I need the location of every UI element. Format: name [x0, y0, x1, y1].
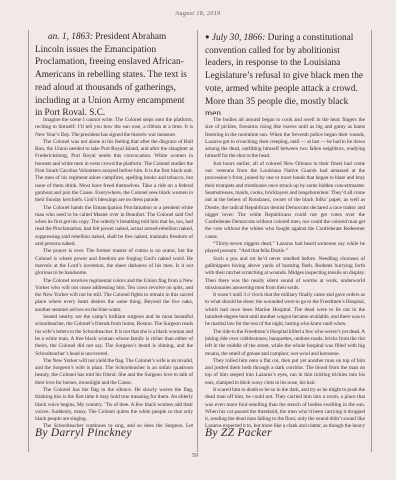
story-paragraph: Just hours earlier, all of colored New O… [205, 161, 365, 241]
issue-date: August 18, 2019 [0, 11, 396, 17]
story-paragraph: The Colonel has the flag in the silence.… [35, 387, 193, 423]
byline-packer: By ZZ Packer [205, 427, 272, 439]
left-column: an. 1, 1863: President Abraham Lincoln i… [35, 31, 193, 455]
story-paragraph: It scared him to death to be so in the d… [205, 387, 365, 429]
story-paragraph: The Colonel hands the Emancipation Procl… [35, 205, 193, 249]
story-paragraph: Such a pus and rot he’d never smelled be… [205, 256, 365, 292]
story-packer: The bodies all around began to cook and … [205, 117, 365, 429]
timeline-date: an. 1, 1863: [48, 32, 93, 42]
byline-pinckney: By Darryl Pinckney [35, 427, 132, 439]
story-paragraph: The prayer is over. The former master of… [35, 248, 193, 277]
story-paragraph: They rolled him onto a flat cot, then pu… [205, 358, 365, 387]
left-column-rule [28, 30, 29, 452]
story-paragraph: The bodies all around began to cook and … [205, 117, 365, 161]
story-paragraph: Imagine the scene I cannot write. The Co… [35, 117, 193, 139]
timeline-entry-jul-1866: ● July 30, 1866: During a constitutional… [205, 31, 365, 115]
story-paragraph: It wasn’t until 3 o’clock that the milit… [205, 292, 365, 328]
right-column-rule [371, 30, 372, 452]
story-paragraph: The Colonel receives regimental colors a… [35, 278, 193, 314]
story-paragraph: The Colonel was not alone in his feeling… [35, 139, 193, 205]
timeline-entry-text: an. 1, 1863: President Abraham Lincoln i… [35, 31, 193, 115]
page-number: 59 [0, 452, 390, 459]
timeline-body: President Abraham Lincoln issues the Ema… [35, 32, 187, 115]
story-paragraph: The New Yorker will not yield the flag. … [35, 358, 193, 387]
timeline-date: July 30, 1866: [212, 33, 265, 43]
story-paragraph: Seated nearby are the camp’s brilliant s… [35, 314, 193, 358]
bullet-icon: ● [205, 32, 210, 41]
column-divider-rule [197, 30, 198, 452]
timeline-entry-text: ● July 30, 1866: During a constitutional… [205, 31, 365, 115]
magazine-page: August 18, 2019 an. 1, 1863: President A… [0, 0, 396, 480]
timeline-body: During a constitutional convention calle… [205, 33, 363, 115]
story-paragraph: The ride to the Freedmen’s Hospital kill… [205, 329, 365, 358]
timeline-entry-jan-1863: an. 1, 1863: President Abraham Lincoln i… [35, 31, 193, 115]
story-pinckney: Imagine the scene I cannot write. The Co… [35, 117, 193, 429]
right-column: ● July 30, 1866: During a constitutional… [205, 31, 365, 455]
story-paragraph: “Thirty-seven niggers dead,” Lazarus had… [205, 241, 365, 256]
